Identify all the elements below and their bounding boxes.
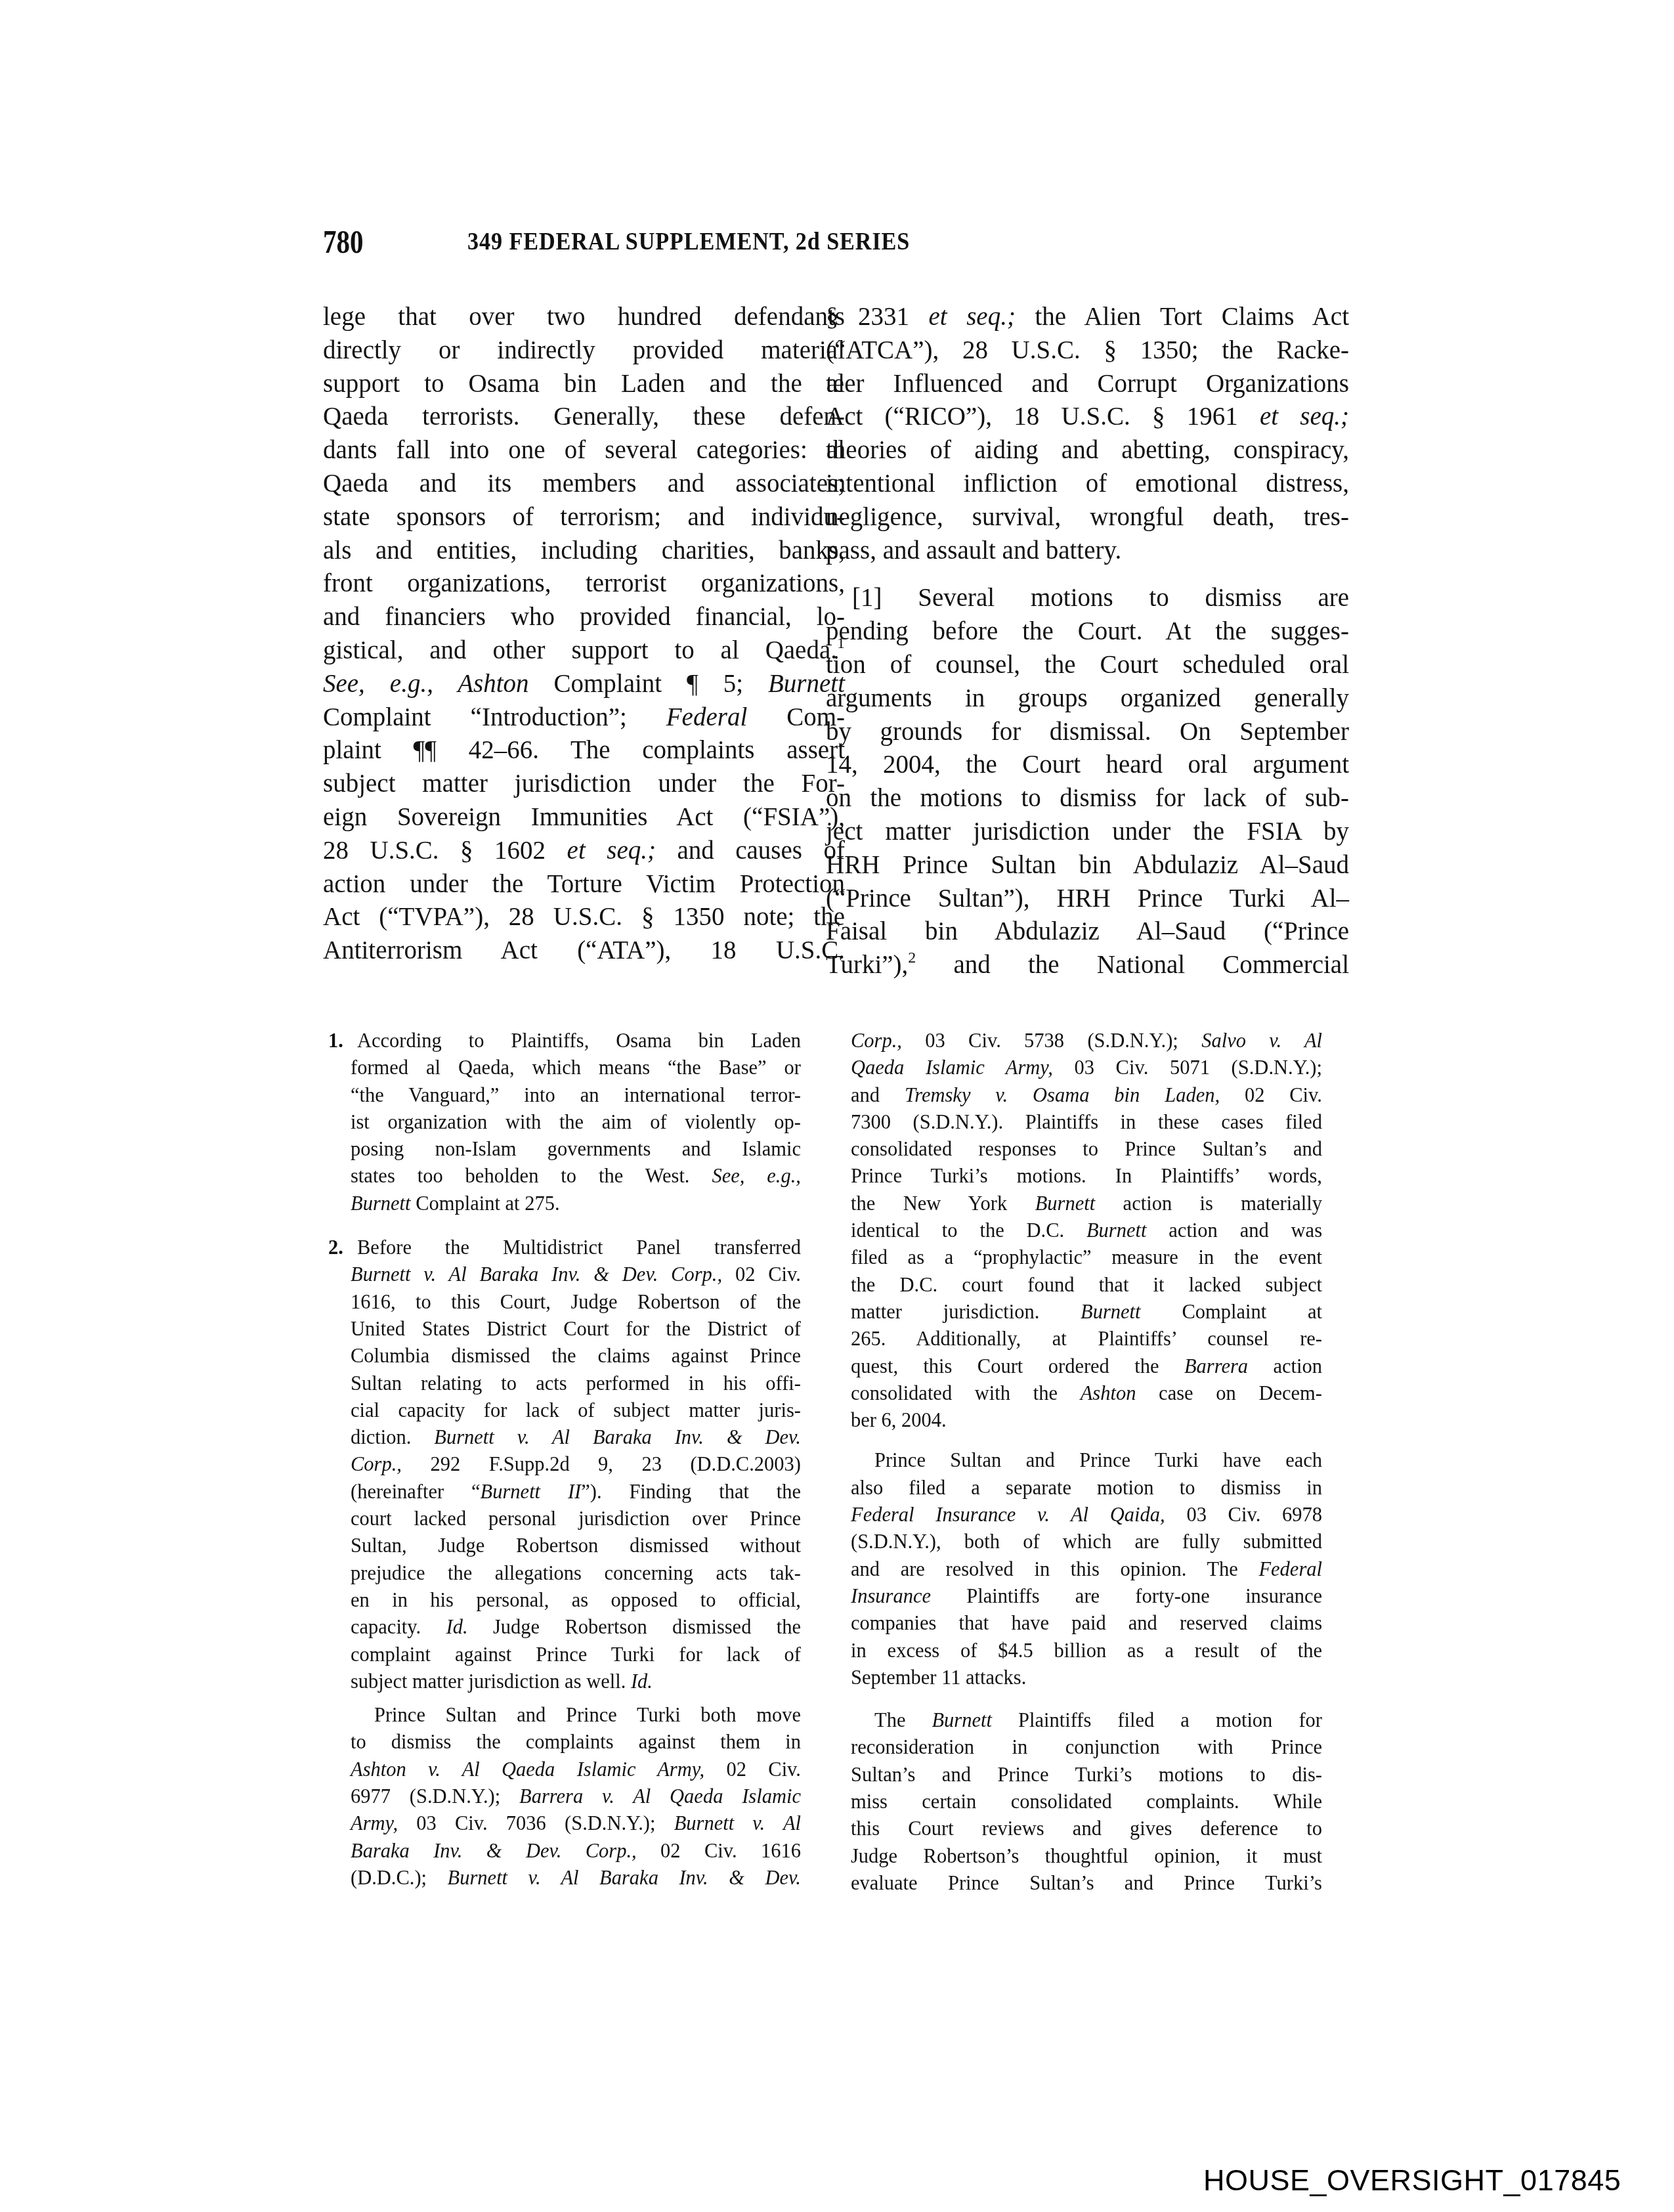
text-line: Complaint “Introduction”; Federal Com- (323, 701, 845, 735)
text-line: the New York Burnett action is materiall… (851, 1190, 1322, 1217)
text-line: (“Prince Sultan”), HRH Prince Turki Al– (826, 882, 1349, 916)
footnote-2-paragraph: Prince Sultan and Prince Turki have each… (851, 1447, 1322, 1691)
text-line: subject matter jurisdiction as well. Id. (351, 1668, 801, 1695)
running-head: 780 349 FEDERAL SUPPLEMENT, 2d SERIES (323, 222, 1354, 261)
text-line: arguments in groups organized generally (826, 682, 1349, 716)
text-line: matter jurisdiction. Burnett Complaint a… (851, 1299, 1322, 1326)
text-line: Corp., 292 F.Supp.2d 9, 23 (D.D.C.2003) (351, 1451, 801, 1478)
body-column-left: lege that over two hundred defendants di… (323, 301, 845, 968)
footnote-number: 1. (328, 1028, 343, 1054)
text-line: Sultan’s and Prince Turki’s motions to d… (851, 1762, 1322, 1789)
text-line: Columbia dismissed the claims against Pr… (351, 1343, 801, 1370)
text-line: Insurance Plaintiffs are forty-one insur… (851, 1583, 1322, 1610)
text-line: Corp., 03 Civ. 5738 (S.D.N.Y.); Salvo v.… (851, 1028, 1322, 1054)
footnote-2-continued: Corp., 03 Civ. 5738 (S.D.N.Y.); Salvo v.… (851, 1028, 1322, 1434)
text-line: plaint ¶¶ 42–66. The complaints assert (323, 734, 845, 768)
text-line: subject matter jurisdiction under the Fo… (323, 768, 845, 801)
text-line: support to Osama bin Laden and the al (323, 368, 845, 401)
text-line: directly or indirectly provided material (323, 334, 845, 368)
text-line: miss certain consolidated complaints. Wh… (851, 1789, 1322, 1815)
text-line: als and entities, including charities, b… (323, 534, 845, 568)
text-line: Prince Turki’s motions. In Plaintiffs’ w… (851, 1163, 1322, 1190)
text-line: The Burnett Plaintiffs filed a motion fo… (851, 1707, 1322, 1734)
body-paragraph: [1] Several motions to dismiss are pendi… (826, 582, 1349, 982)
text-line: Act (“RICO”), 18 U.S.C. § 1961 et seq.; (826, 401, 1349, 434)
text-line: consolidated responses to Prince Sultan’… (851, 1136, 1322, 1163)
page-number: 780 (323, 222, 364, 261)
text-line: dants fall into one of several categorie… (323, 434, 845, 467)
text-line: Qaeda terrorists. Generally, these defen… (323, 401, 845, 434)
text-line: action under the Torture Victim Protecti… (323, 868, 845, 901)
footnote-2: 2. Before the Multidistrict Panel transf… (328, 1234, 801, 1695)
footnote-ref-2[interactable]: 2 (908, 949, 916, 966)
case-name: Ashton (458, 670, 528, 698)
text-line: in excess of $4.5 billion as a result of… (851, 1637, 1322, 1664)
reporter-title: 349 FEDERAL SUPPLEMENT, 2d SERIES (467, 225, 910, 259)
text-line: and financiers who provided financial, l… (323, 601, 845, 634)
text-line: theories of aiding and abetting, conspir… (826, 434, 1349, 467)
text-line: by grounds for dismissal. On September (826, 716, 1349, 749)
text-line: teer Influenced and Corrupt Organization… (826, 368, 1349, 401)
text-line: Qaeda Islamic Army, 03 Civ. 5071 (S.D.N.… (851, 1054, 1322, 1081)
case-name: Tremsky v. Osama bin Laden, (905, 1084, 1220, 1106)
text-line: the D.C. court found that it lacked subj… (851, 1272, 1322, 1299)
text-line: [1] Several motions to dismiss are (826, 582, 1349, 615)
footnote-2-paragraph: The Burnett Plaintiffs filed a motion fo… (851, 1707, 1322, 1897)
text-line: Ashton v. Al Qaeda Islamic Army, 02 Civ. (351, 1756, 801, 1783)
case-name: Burnett v. Al Baraka Inv. & Dev. (434, 1426, 801, 1448)
footnote-2-paragraph: Prince Sultan and Prince Turki both move… (328, 1702, 801, 1892)
text-line: evaluate Prince Sultan’s and Prince Turk… (851, 1870, 1322, 1897)
footnote-number: 2. (328, 1234, 343, 1261)
case-name: Ashton v. Al Qaeda Islamic Army, (351, 1758, 704, 1781)
text-line: (S.D.N.Y.), both of which are fully subm… (851, 1529, 1322, 1555)
text-line: filed as a “prophylactic” measure in the… (851, 1244, 1322, 1271)
text-line: on the motions to dismiss for lack of su… (826, 782, 1349, 815)
text-line: Army, 03 Civ. 7036 (S.D.N.Y.); Burnett v… (351, 1810, 801, 1837)
document-page: 780 349 FEDERAL SUPPLEMENT, 2d SERIES le… (0, 0, 1674, 2212)
text-line: formed al Qaeda, which means “the Base” … (351, 1054, 801, 1081)
case-name: Barrera v. Al Qaeda Islamic (519, 1785, 801, 1808)
text-line: 14, 2004, the Court heard oral argument (826, 748, 1349, 782)
text-line: Antiterrorism Act (“ATA”), 18 U.S.C. (323, 934, 845, 968)
body-paragraph: § 2331 et seq.; the Alien Tort Claims Ac… (826, 301, 1349, 567)
text-line: cial capacity for lack of subject matter… (351, 1397, 801, 1424)
text-line: consolidated with the Ashton case on Dec… (851, 1380, 1322, 1407)
text-line: See, e.g., Ashton Complaint ¶ 5; Burnett (323, 668, 845, 701)
case-name: Federal (666, 703, 747, 731)
text-line: companies that have paid and reserved cl… (851, 1610, 1322, 1637)
text-line: 6977 (S.D.N.Y.); Barrera v. Al Qaeda Isl… (351, 1783, 801, 1810)
text-line: 7300 (S.D.N.Y.). Plaintiffs in these cas… (851, 1109, 1322, 1136)
text-line: Faisal bin Abdulaziz Al–Saud (“Prince (826, 915, 1349, 949)
text-line: Turki”),2 and the National Commercial (826, 949, 1349, 982)
case-name: Salvo v. Al (1201, 1030, 1322, 1052)
text-line: (“ATCA”), 28 U.S.C. § 1350; the Racke- (826, 334, 1349, 368)
text-line: states too beholden to the West. See, e.… (351, 1163, 801, 1190)
footnotes-column-left: 1. According to Plaintiffs, Osama bin La… (328, 1028, 801, 1892)
footnotes-column-right: Corp., 03 Civ. 5738 (S.D.N.Y.); Salvo v.… (851, 1028, 1322, 1897)
text-line: lege that over two hundred defendants (323, 301, 845, 334)
text-line: Judge Robertson’s thoughtful opinion, it… (851, 1843, 1322, 1870)
text-line: (hereinafter “Burnett II”). Finding that… (351, 1479, 801, 1506)
text-line: and are resolved in this opinion. The Fe… (851, 1556, 1322, 1583)
text-line: diction. Burnett v. Al Baraka Inv. & Dev… (351, 1424, 801, 1451)
text-line: posing non-Islam governments and Islamic (351, 1136, 801, 1163)
text-line: September 11 attacks. (851, 1664, 1322, 1691)
text-line: court lacked personal jurisdiction over … (351, 1506, 801, 1532)
text-line: “the Vanguard,” into an international te… (351, 1082, 801, 1109)
text-line: ber 6, 2004. (851, 1407, 1322, 1434)
text-line: reconsideration in conjunction with Prin… (851, 1734, 1322, 1761)
text-line: Before the Multidistrict Panel transferr… (351, 1234, 801, 1261)
text-line: Baraka Inv. & Dev. Corp., 02 Civ. 1616 (351, 1838, 801, 1865)
text-line: 265. Additionally, at Plaintiffs’ counse… (851, 1326, 1322, 1353)
text-line: § 2331 et seq.; the Alien Tort Claims Ac… (826, 301, 1349, 334)
case-name: Qaeda Islamic Army, (851, 1056, 1053, 1079)
case-name: Federal Insurance v. Al Qaida, (851, 1504, 1165, 1526)
text-line: Burnett Complaint at 275. (351, 1190, 801, 1217)
text-line: identical to the D.C. Burnett action and… (851, 1217, 1322, 1244)
bates-stamp: HOUSE_OVERSIGHT_017845 (1203, 2162, 1621, 2199)
text-line: quest, this Court ordered the Barrera ac… (851, 1353, 1322, 1380)
text-line: and Tremsky v. Osama bin Laden, 02 Civ. (851, 1082, 1322, 1109)
body-paragraph: lege that over two hundred defendants di… (323, 301, 845, 968)
text-line: HRH Prince Sultan bin Abdulaziz Al–Saud (826, 849, 1349, 882)
text-line: to dismiss the complaints against them i… (351, 1729, 801, 1756)
text-line: 28 U.S.C. § 1602 et seq.; and causes of (323, 835, 845, 868)
text-line: gistical, and other support to al Qaeda.… (323, 634, 845, 668)
text-line: Sultan relating to acts performed in his… (351, 1370, 801, 1397)
text-line: Act (“TVPA”), 28 U.S.C. § 1350 note; the (323, 901, 845, 934)
text-line: Prince Sultan and Prince Turki have each (851, 1447, 1322, 1474)
headnote-number: [1] (852, 584, 882, 612)
text-line: Qaeda and its members and associates; (323, 467, 845, 501)
case-name: Burnett v. Al Baraka Inv. & Dev. (448, 1867, 801, 1889)
text-line: complaint against Prince Turki for lack … (351, 1641, 801, 1668)
case-name: Burnett II (481, 1481, 582, 1503)
text-line: Prince Sultan and Prince Turki both move (351, 1702, 801, 1729)
text-line: United States District Court for the Dis… (351, 1316, 801, 1343)
body-column-right: § 2331 et seq.; the Alien Tort Claims Ac… (826, 301, 1349, 982)
text-line: According to Plaintiffs, Osama bin Laden (351, 1028, 801, 1054)
text-line: negligence, survival, wrongful death, tr… (826, 501, 1349, 534)
text-line: prejudice the allegations concerning act… (351, 1560, 801, 1587)
case-name: Burnett (351, 1192, 411, 1215)
text-line: pass, and assault and battery. (826, 534, 1349, 568)
text-line: 1616, to this Court, Judge Robertson of … (351, 1289, 801, 1316)
case-name: Burnett v. Al Baraka Inv. & Dev. Corp., (351, 1263, 722, 1286)
text-line: state sponsors of terrorism; and individ… (323, 501, 845, 534)
text-line: pending before the Court. At the sugges- (826, 615, 1349, 649)
case-name: Burnett v. Al (674, 1812, 801, 1834)
text-line: ist organization with the aim of violent… (351, 1109, 801, 1136)
text-line: capacity. Id. Judge Robertson dismissed … (351, 1614, 801, 1641)
text-line: also filed a separate motion to dismiss … (851, 1475, 1322, 1502)
text-line: Sultan, Judge Robertson dismissed withou… (351, 1532, 801, 1559)
text-line: Federal Insurance v. Al Qaida, 03 Civ. 6… (851, 1502, 1322, 1529)
text-line: (D.D.C.); Burnett v. Al Baraka Inv. & De… (351, 1865, 801, 1892)
text-line: ject matter jurisdiction under the FSIA … (826, 815, 1349, 849)
text-line: tion of counsel, the Court scheduled ora… (826, 649, 1349, 682)
text-line: en in his personal, as opposed to offici… (351, 1587, 801, 1614)
text-line: intentional infliction of emotional dist… (826, 467, 1349, 501)
text-line: front organizations, terrorist organizat… (323, 567, 845, 601)
text-line: eign Sovereign Immunities Act (“FSIA”), (323, 801, 845, 835)
text-line: this Court reviews and gives deference t… (851, 1815, 1322, 1842)
footnote-1: 1. According to Plaintiffs, Osama bin La… (328, 1028, 801, 1217)
text-line: Burnett v. Al Baraka Inv. & Dev. Corp., … (351, 1261, 801, 1288)
